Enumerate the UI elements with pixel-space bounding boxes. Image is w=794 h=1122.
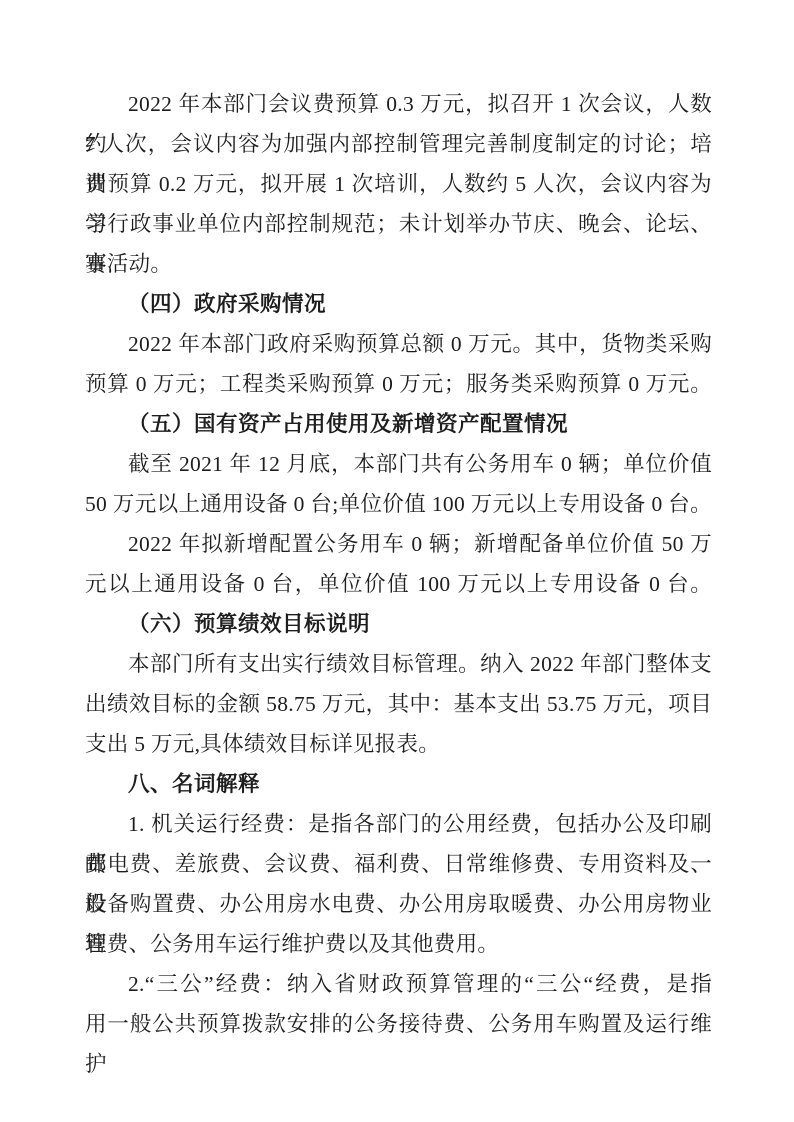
paragraph-glossary-operating-funds: 1. 机关运行经费：是指各部门的公用经费，包括办公及印刷费、 邮电费、差旅费、会… <box>85 804 712 964</box>
paragraph-line: 元以上通用设备 0 台，单位价值 100 万元以上专用设备 0 台。 <box>85 564 712 604</box>
paragraph-line: 2.“三公”经费：纳入省财政预算管理的“三公“经费，是指 <box>85 964 712 1004</box>
paragraph-line: 截至 2021 年 12 月底，本部门共有公务用车 0 辆；单位价值 <box>85 444 712 484</box>
paragraph-line: 用一般公共预算拨款安排的公务接待费、公务用车购置及运行维护 <box>85 1004 712 1044</box>
paragraph-line: 设备购置费、办公用房水电费、办公用房取暖费、办公用房物业管 <box>85 884 712 924</box>
paragraph-assets-new: 2022 年拟新增配置公务用车 0 辆；新增配备单位价值 50 万 元以上通用设… <box>85 524 712 604</box>
paragraph-line: 邮电费、差旅费、会议费、福利费、日常维修费、专用资料及一般 <box>85 844 712 884</box>
paragraph-line: 费预算 0.2 万元，拟开展 1 次培训，人数约 5 人次，会议内容为学 <box>85 164 712 204</box>
paragraph-line: 7 人次，会议内容为加强内部控制管理完善制度制定的讨论；培训 <box>85 124 712 164</box>
paragraph-line: 50 万元以上通用设备 0 台;单位价值 100 万元以上专用设备 0 台。 <box>85 484 712 524</box>
paragraph-line: 习行政事业单位内部控制规范；未计划举办节庆、晚会、论坛、赛 <box>85 204 712 244</box>
paragraph-line: 1. 机关运行经费：是指各部门的公用经费，包括办公及印刷费、 <box>85 804 712 844</box>
paragraph-line: 出绩效目标的金额 58.75 万元，其中：基本支出 53.75 万元，项目 <box>85 684 712 724</box>
section-heading-state-assets: （五）国有资产占用使用及新增资产配置情况 <box>85 404 712 444</box>
document-page: 2022 年本部门会议费预算 0.3 万元，拟召开 1 次会议，人数约 7 人次… <box>0 0 794 1122</box>
paragraph-assets-current: 截至 2021 年 12 月底，本部门共有公务用车 0 辆；单位价值 50 万元… <box>85 444 712 524</box>
paragraph-line: 理费、公务用车运行维护费以及其他费用。 <box>85 924 712 964</box>
paragraph-performance-targets: 本部门所有支出实行绩效目标管理。纳入 2022 年部门整体支 出绩效目标的金额 … <box>85 644 712 764</box>
paragraph-line: 预算 0 万元；工程类采购预算 0 万元；服务类采购预算 0 万元。 <box>85 364 712 404</box>
paragraph-line: 2022 年本部门会议费预算 0.3 万元，拟召开 1 次会议，人数约 <box>85 84 712 124</box>
paragraph-line: 2022 年本部门政府采购预算总额 0 万元。其中，货物类采购 <box>85 324 712 364</box>
paragraph-procurement-budget: 2022 年本部门政府采购预算总额 0 万元。其中，货物类采购 预算 0 万元；… <box>85 324 712 404</box>
paragraph-glossary-three-public-funds: 2.“三公”经费：纳入省财政预算管理的“三公“经费，是指 用一般公共预算拨款安排… <box>85 964 712 1044</box>
section-heading-glossary: 八、名词解释 <box>85 764 712 804</box>
paragraph-line: 2022 年拟新增配置公务用车 0 辆；新增配备单位价值 50 万 <box>85 524 712 564</box>
section-heading-performance-targets: （六）预算绩效目标说明 <box>85 604 712 644</box>
paragraph-line: 事活动。 <box>85 244 712 284</box>
paragraph-line: 本部门所有支出实行绩效目标管理。纳入 2022 年部门整体支 <box>85 644 712 684</box>
section-heading-government-procurement: （四）政府采购情况 <box>85 284 712 324</box>
paragraph-meeting-training-budget: 2022 年本部门会议费预算 0.3 万元，拟召开 1 次会议，人数约 7 人次… <box>85 84 712 284</box>
paragraph-line: 支出 5 万元,具体绩效目标详见报表。 <box>85 724 712 764</box>
